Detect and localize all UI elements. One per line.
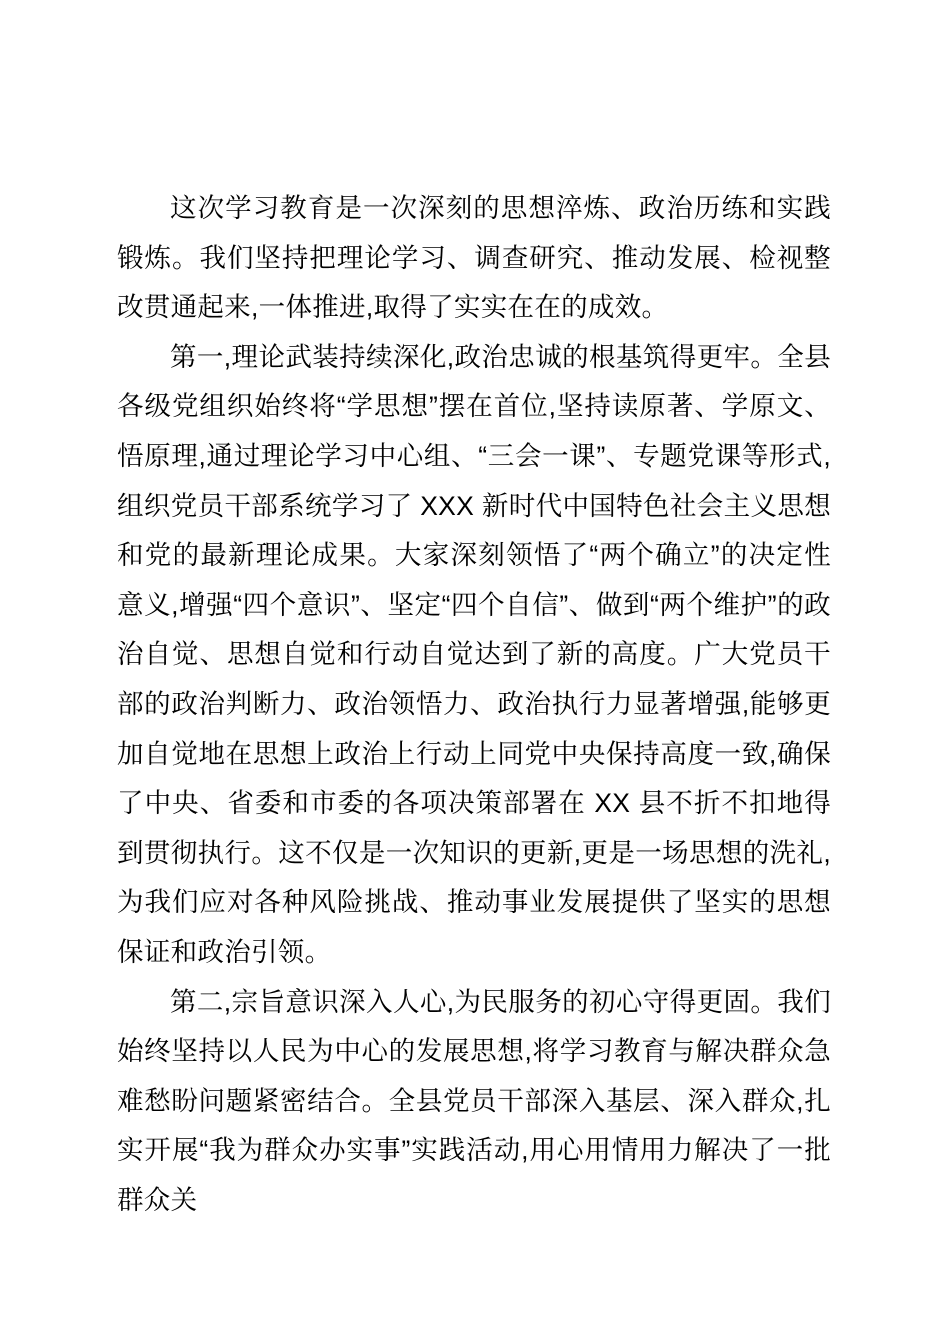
document-page: 这次学习教育是一次深刻的思想淬炼、政治历练和实践锻炼。我们坚持把理论学习、调查研… (0, 0, 950, 1344)
paragraph-second-point: 第二,宗旨意识深入人心,为民服务的初心守得更固。我们始终坚持以人民为中心的发展思… (117, 978, 831, 1226)
paragraph-first-point: 第一,理论武装持续深化,政治忠诚的根基筑得更牢。全县各级党组织始终将“学思想”摆… (117, 333, 831, 978)
document-body-text: 这次学习教育是一次深刻的思想淬炼、政治历练和实践锻炼。我们坚持把理论学习、调查研… (117, 184, 831, 1225)
paragraph-intro: 这次学习教育是一次深刻的思想淬炼、政治历练和实践锻炼。我们坚持把理论学习、调查研… (117, 184, 831, 333)
